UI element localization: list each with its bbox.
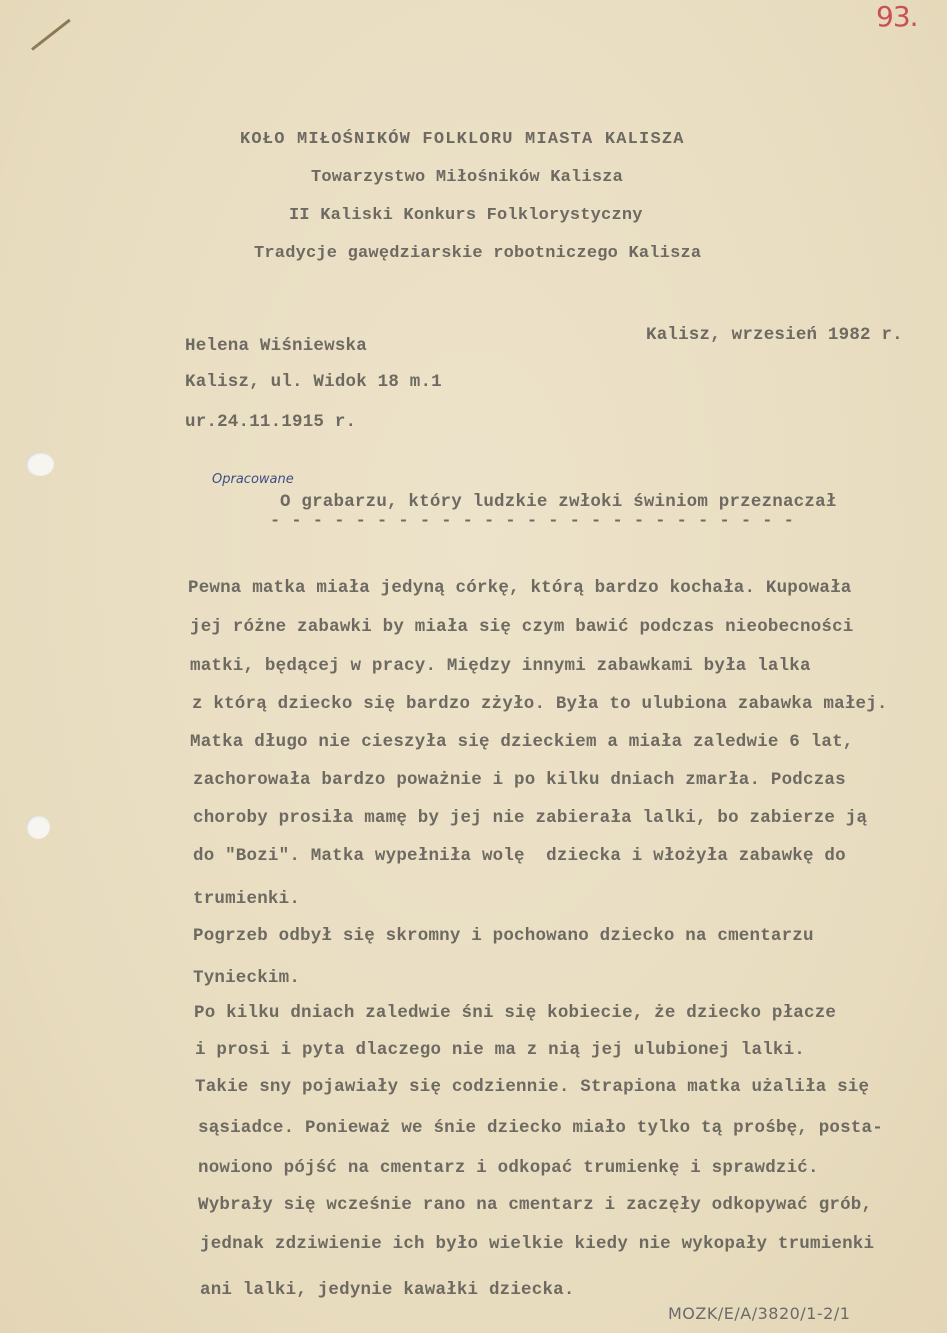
author-name: Helena Wiśniewska (185, 336, 367, 356)
body-line: Pewna matka miała jedyną córkę, którą ba… (188, 578, 852, 598)
place-date: Kalisz, wrzesień 1982 r. (646, 325, 903, 345)
body-line: nowiono pójść na cmentarz i odkopać trum… (198, 1158, 819, 1178)
body-line: Matka długo nie cieszyła się dzieckiem a… (190, 732, 854, 752)
body-line: sąsiadce. Ponieważ we śnie dziecko miało… (198, 1118, 883, 1138)
punch-hole-top (26, 452, 54, 476)
header-theme: Tradycje gawędziarskie robotniczego Kali… (254, 244, 701, 263)
body-line: zachorowała bardzo poważnie i po kilku d… (193, 770, 846, 790)
body-line: Pogrzeb odbył się skromny i pochowano dz… (193, 926, 814, 946)
body-line: do "Bozi". Matka wypełniła wolę dziecka … (193, 846, 846, 866)
body-line: i prosi i pyta dlaczego nie ma z nią jej… (195, 1040, 805, 1060)
body-line: jednak zdziwienie ich było wielkie kiedy… (200, 1234, 874, 1254)
story-title: O grabarzu, który ludzkie zwłoki świniom… (280, 492, 837, 512)
punch-hole-bottom (26, 815, 50, 839)
body-line: z którą dziecko się bardzo zżyło. Była t… (192, 694, 888, 714)
title-underline: - - - - - - - - - - - - - - - - - - - - … (270, 512, 794, 531)
author-address: Kalisz, ul. Widok 18 m.1 (185, 372, 442, 392)
body-line: matki, będącej w pracy. Między innymi za… (190, 656, 811, 676)
header-society: Towarzystwo Miłośników Kalisza (311, 168, 623, 187)
body-line: Tynieckim. (193, 968, 300, 988)
author-birthdate: ur.24.11.1915 r. (185, 412, 356, 432)
body-line: Po kilku dniach zaledwie śni się kobieci… (194, 1003, 836, 1023)
header-organization: KOŁO MIŁOŚNIKÓW FOLKLORU MIASTA KALISZA (240, 130, 685, 149)
body-line: jej różne zabawki by miała się czym bawi… (190, 617, 854, 637)
body-line: choroby prosiła mamę by jej nie zabierał… (193, 808, 867, 828)
body-line: Takie sny pojawiały się codziennie. Stra… (195, 1077, 869, 1097)
handwritten-annotation: Opracowane (212, 472, 294, 487)
archive-signature: MOZK/E/A/3820/1-2/1 (668, 1304, 850, 1323)
body-line: ani lalki, jedynie kawałki dziecka. (200, 1280, 575, 1300)
body-line: trumienki. (193, 889, 300, 909)
header-contest: II Kaliski Konkurs Folklorystyczny (289, 206, 643, 225)
body-line: Wybrały się wcześnie rano na cmentarz i … (198, 1195, 872, 1215)
pin-mark (31, 19, 71, 51)
page-number: 93. (876, 0, 918, 33)
